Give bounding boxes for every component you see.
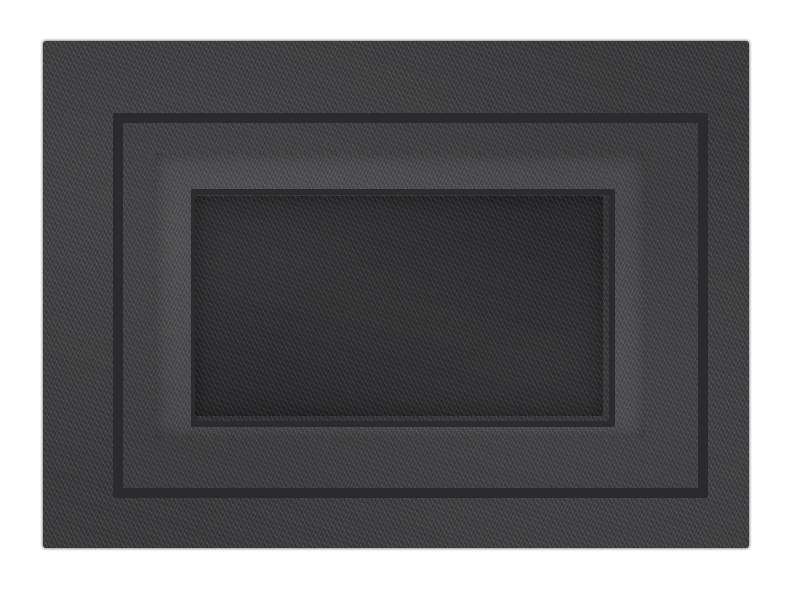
center-field-texture: [195, 196, 603, 416]
shag-rug: [43, 41, 749, 548]
rug-center-field: [195, 196, 603, 416]
